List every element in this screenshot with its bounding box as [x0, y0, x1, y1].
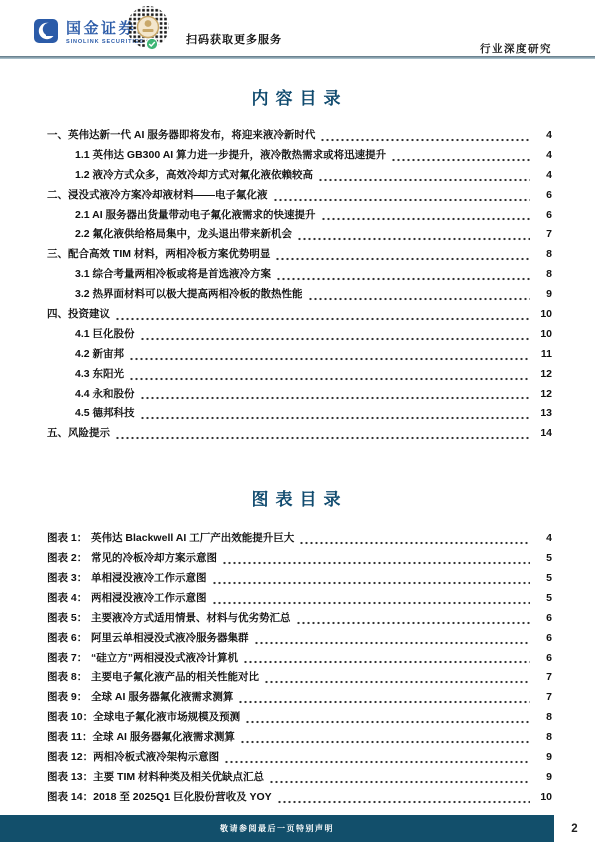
- toc-entry-text: 4.1 巨化股份: [75, 325, 135, 345]
- figure-entry-page: 6: [534, 649, 552, 669]
- figure-entry-title: 主要 TIM 材料种类及相关优缺点汇总: [93, 768, 264, 788]
- dot-leader: [129, 357, 530, 361]
- dot-leader: [254, 641, 531, 645]
- dot-leader: [115, 436, 530, 440]
- page-number: 2: [554, 815, 595, 842]
- toc-entry[interactable]: 4.1 巨化股份 10: [47, 325, 552, 345]
- dot-leader: [212, 581, 531, 585]
- figure-entry-title: 英伟达 Blackwell AI 工厂产出效能提升巨大: [91, 529, 294, 549]
- toc-entry[interactable]: 3.2 热界面材料可以极大提高两相冷板的散热性能 9: [47, 285, 552, 305]
- toc-entry-page: 14: [534, 424, 552, 444]
- figure-entry-label: 图表 4：: [47, 589, 91, 609]
- figure-entry-label: 图表 9：: [47, 688, 91, 708]
- dot-leader: [115, 317, 530, 321]
- figure-entry-page: 6: [534, 629, 552, 649]
- toc-entry-text: 2.1 AI 服务器出货量带动电子氟化液需求的快速提升: [75, 206, 316, 226]
- dot-leader: [140, 396, 530, 400]
- toc-entry[interactable]: 4.3 东阳光 12: [47, 365, 552, 385]
- toc-entry-page: 9: [534, 285, 552, 305]
- toc-entry-page: 10: [534, 325, 552, 345]
- figure-entry[interactable]: 图表 8： 主要电子氟化液产品的相关性能对比 7: [47, 668, 552, 688]
- figure-entry-label: 图表 14：: [47, 788, 93, 808]
- figure-entry-title: “硅立方”两相浸没式液冷计算机: [91, 649, 238, 669]
- figure-entry[interactable]: 图表 10： 全球电子氟化液市场规模及预测 8: [47, 708, 552, 728]
- figure-entry-page: 7: [534, 688, 552, 708]
- report-type-label: 行业深度研究: [480, 41, 552, 56]
- figure-entry[interactable]: 图表 12： 两相冷板式液冷架构示意图 9: [47, 748, 552, 768]
- toc-entry-text: 2.2 氟化液供给格局集中，龙头退出带来新机会: [75, 225, 292, 245]
- toc-entry-text: 4.5 德邦科技: [75, 404, 135, 424]
- figure-entry-page: 8: [534, 708, 552, 728]
- dot-leader: [243, 660, 530, 664]
- toc-entry-page: 10: [534, 305, 552, 325]
- figure-entry-label: 图表 10：: [47, 708, 93, 728]
- toc-entry-page: 8: [534, 265, 552, 285]
- figure-entry-label: 图表 13：: [47, 768, 93, 788]
- toc-entry[interactable]: 四、投资建议 10: [47, 305, 552, 325]
- toc-entry-page: 4: [534, 146, 552, 166]
- figure-entry-label: 图表 1：: [47, 529, 91, 549]
- dot-leader: [275, 257, 530, 261]
- figure-entry[interactable]: 图表 14： 2018 至 2025Q1 巨化股份营收及 YOY 10: [47, 788, 552, 808]
- toc-entry[interactable]: 五、风险提示 14: [47, 424, 552, 444]
- toc-entry[interactable]: 4.2 新宙邦 11: [47, 345, 552, 365]
- figure-entry-page: 6: [534, 609, 552, 629]
- figure-entry-label: 图表 11：: [47, 728, 93, 748]
- toc-entry[interactable]: 1.1 英伟达 GB300 AI 算力进一步提升，液冷散热需求或将迅速提升 4: [47, 146, 552, 166]
- dot-leader: [240, 740, 530, 744]
- toc-entry-text: 3.1 综合考量两相冷板或将是首选液冷方案: [75, 265, 271, 285]
- figure-entry-title: 全球 AI 服务器氟化液需求测算: [93, 728, 235, 748]
- content-toc-list: 一、英伟达新一代 AI 服务器即将发布，将迎来液冷新时代 4 1.1 英伟达 G…: [47, 126, 552, 444]
- dot-leader: [269, 780, 530, 784]
- dot-leader: [299, 541, 530, 545]
- toc-entry[interactable]: 2.1 AI 服务器出货量带动电子氟化液需求的快速提升 6: [47, 206, 552, 226]
- figure-entry-label: 图表 6：: [47, 629, 91, 649]
- toc-entry[interactable]: 1.2 液冷方式众多，高效冷却方式对氟化液依赖较高 4: [47, 166, 552, 186]
- dot-leader: [140, 416, 530, 420]
- figure-entry-page: 7: [534, 668, 552, 688]
- figure-entry[interactable]: 图表 4： 两相浸没液冷工作示意图 5: [47, 589, 552, 609]
- figure-entry-title: 单相浸没液冷工作示意图: [91, 569, 207, 589]
- dot-leader: [245, 720, 530, 724]
- figure-entry-title: 主要液冷方式适用情景、材料与优劣势汇总: [91, 609, 291, 629]
- toc-entry-text: 一、英伟达新一代 AI 服务器即将发布，将迎来液冷新时代: [47, 126, 315, 146]
- figure-entry-title: 全球 AI 服务器氟化液需求测算: [91, 688, 233, 708]
- page-content: 内容目录 一、英伟达新一代 AI 服务器即将发布，将迎来液冷新时代 4 1.1 …: [47, 84, 552, 808]
- toc-entry[interactable]: 三、配合高效 TIM 材料，两相冷板方案优势明显 8: [47, 245, 552, 265]
- figure-entry-page: 10: [534, 788, 552, 808]
- figure-entry[interactable]: 图表 1： 英伟达 Blackwell AI 工厂产出效能提升巨大 4: [47, 529, 552, 549]
- toc-entry[interactable]: 4.4 永和股份 12: [47, 385, 552, 405]
- figure-entry[interactable]: 图表 13： 主要 TIM 材料种类及相关优缺点汇总 9: [47, 768, 552, 788]
- figure-entry[interactable]: 图表 2： 常见的冷板冷却方案示意图 5: [47, 549, 552, 569]
- dot-leader: [212, 601, 531, 605]
- toc-entry-page: 6: [534, 186, 552, 206]
- toc-entry-text: 二、浸没式液冷方案冷却液材料——电子氟化液: [47, 186, 268, 206]
- toc-entry[interactable]: 3.1 综合考量两相冷板或将是首选液冷方案 8: [47, 265, 552, 285]
- figure-entry-title: 2018 至 2025Q1 巨化股份营收及 YOY: [93, 788, 272, 808]
- figure-toc-list: 图表 1： 英伟达 Blackwell AI 工厂产出效能提升巨大 4 图表 2…: [47, 529, 552, 807]
- figure-entry-title: 两相冷板式液冷架构示意图: [93, 748, 219, 768]
- toc-entry-page: 4: [534, 166, 552, 186]
- figure-entry-page: 5: [534, 589, 552, 609]
- toc-entry-text: 3.2 热界面材料可以极大提高两相冷板的散热性能: [75, 285, 303, 305]
- report-page: 国金证券 SINOLINK SECURITIES 扫码获取更多服务 行业深度研究: [0, 0, 595, 842]
- dot-leader: [297, 237, 530, 241]
- figure-entry-title: 阿里云单相浸没式液冷服务器集群: [91, 629, 249, 649]
- toc-entry-page: 11: [534, 345, 552, 365]
- figure-entry-title: 两相浸没液冷工作示意图: [91, 589, 207, 609]
- dot-leader: [129, 377, 530, 381]
- dot-leader: [296, 621, 531, 625]
- figure-entry-label: 图表 7：: [47, 649, 91, 669]
- toc-entry[interactable]: 4.5 德邦科技 13: [47, 404, 552, 424]
- toc-entry-page: 4: [534, 126, 552, 146]
- figure-entry-page: 4: [534, 529, 552, 549]
- toc-entry-text: 五、风险提示: [47, 424, 110, 444]
- figure-entry-label: 图表 2：: [47, 549, 91, 569]
- toc-entry[interactable]: 二、浸没式液冷方案冷却液材料——电子氟化液 6: [47, 186, 552, 206]
- figure-entry-label: 图表 5：: [47, 609, 91, 629]
- dot-leader: [140, 337, 530, 341]
- dot-leader: [276, 277, 530, 281]
- toc-entry-page: 7: [534, 225, 552, 245]
- dot-leader: [238, 700, 530, 704]
- toc-entry-text: 4.2 新宙邦: [75, 345, 124, 365]
- figure-entry[interactable]: 图表 5： 主要液冷方式适用情景、材料与优劣势汇总 6: [47, 609, 552, 629]
- toc-entry-text: 4.3 东阳光: [75, 365, 124, 385]
- footer-bar: 敬请参阅最后一页特别声明: [0, 815, 554, 842]
- figure-entry[interactable]: 图表 7： “硅立方”两相浸没式液冷计算机 6: [47, 649, 552, 669]
- figure-entry-page: 9: [534, 748, 552, 768]
- toc-entry-page: 6: [534, 206, 552, 226]
- qr-code: [124, 4, 172, 52]
- figure-entry-label: 图表 8：: [47, 668, 91, 688]
- dot-leader: [308, 297, 530, 301]
- toc-entry-text: 1.2 液冷方式众多，高效冷却方式对氟化液依赖较高: [75, 166, 313, 186]
- footer-disclaimer: 敬请参阅最后一页特别声明: [220, 823, 334, 834]
- figure-entry-title: 常见的冷板冷却方案示意图: [91, 549, 217, 569]
- figure-entry[interactable]: 图表 3： 单相浸没液冷工作示意图 5: [47, 569, 552, 589]
- figure-toc-title: 图表目录: [47, 465, 552, 510]
- toc-entry-text: 三、配合高效 TIM 材料，两相冷板方案优势明显: [47, 245, 270, 265]
- figure-entry-title: 全球电子氟化液市场规模及预测: [93, 708, 240, 728]
- toc-entry-page: 12: [534, 385, 552, 405]
- dot-leader: [321, 217, 530, 221]
- header-divider: [0, 56, 595, 59]
- dot-leader: [277, 800, 530, 804]
- sinolink-logo-icon: [33, 17, 59, 49]
- toc-entry-page: 8: [534, 245, 552, 265]
- dot-leader: [320, 138, 530, 142]
- content-toc-title: 内容目录: [47, 84, 552, 109]
- toc-entry-text: 1.1 英伟达 GB300 AI 算力进一步提升，液冷散热需求或将迅速提升: [75, 146, 386, 166]
- figure-entry[interactable]: 图表 6： 阿里云单相浸没式液冷服务器集群 6: [47, 629, 552, 649]
- toc-entry-page: 12: [534, 365, 552, 385]
- toc-entry[interactable]: 2.2 氟化液供给格局集中，龙头退出带来新机会 7: [47, 225, 552, 245]
- figure-entry-label: 图表 3：: [47, 569, 91, 589]
- figure-entry-page: 5: [534, 569, 552, 589]
- dot-leader: [224, 760, 530, 764]
- dot-leader: [264, 680, 530, 684]
- toc-entry[interactable]: 一、英伟达新一代 AI 服务器即将发布，将迎来液冷新时代 4: [47, 126, 552, 146]
- dot-leader: [222, 561, 530, 565]
- figure-entry[interactable]: 图表 11： 全球 AI 服务器氟化液需求测算 8: [47, 728, 552, 748]
- toc-entry-text: 四、投资建议: [47, 305, 110, 325]
- figure-entry[interactable]: 图表 9： 全球 AI 服务器氟化液需求测算 7: [47, 688, 552, 708]
- figure-entry-page: 5: [534, 549, 552, 569]
- qr-caption: 扫码获取更多服务: [186, 31, 282, 47]
- toc-entry-page: 13: [534, 404, 552, 424]
- figure-entry-page: 8: [534, 728, 552, 748]
- figure-entry-title: 主要电子氟化液产品的相关性能对比: [91, 668, 259, 688]
- figure-entry-page: 9: [534, 768, 552, 788]
- figure-entry-label: 图表 12：: [47, 748, 93, 768]
- dot-leader: [273, 198, 531, 202]
- toc-entry-text: 4.4 永和股份: [75, 385, 135, 405]
- dot-leader: [318, 178, 530, 182]
- dot-leader: [391, 158, 530, 162]
